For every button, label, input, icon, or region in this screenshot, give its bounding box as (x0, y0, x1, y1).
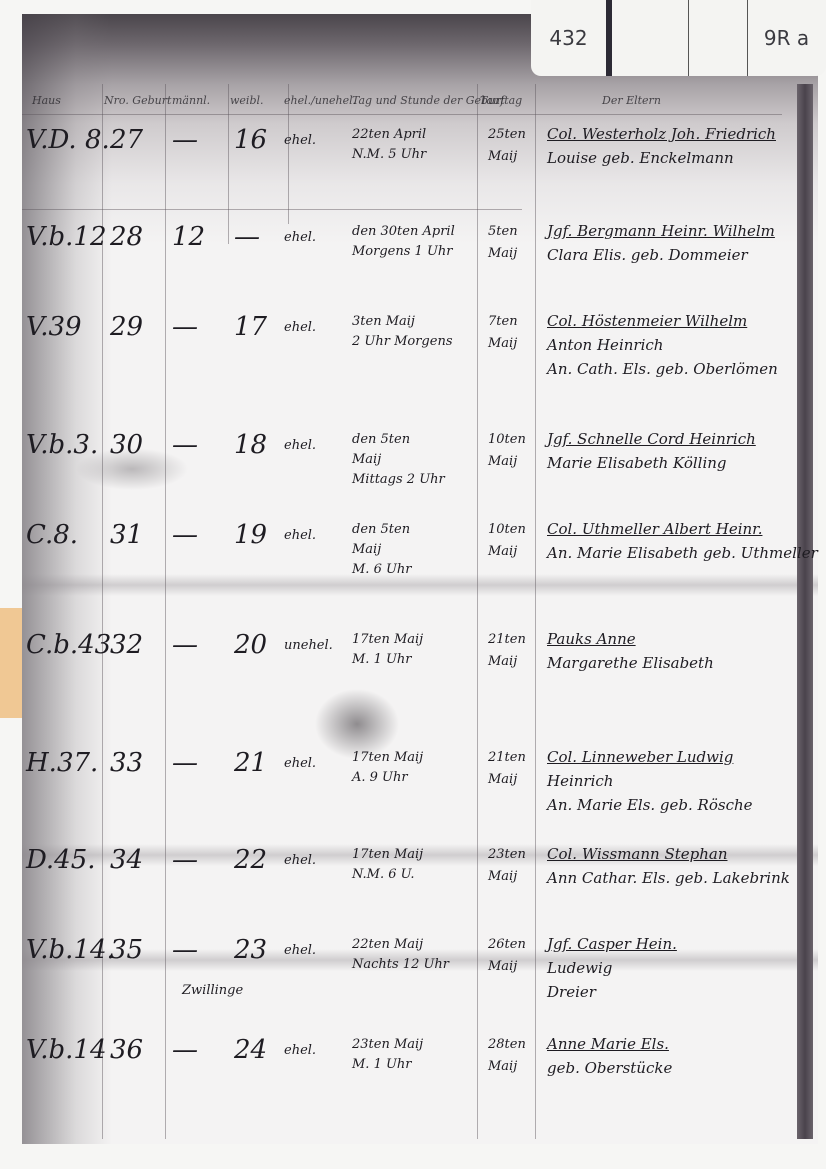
birth-date-time: den 5ten (352, 522, 410, 537)
birth-date-time: M. 1 Uhr (352, 652, 412, 667)
entry-number: 35 (110, 935, 143, 965)
parent-name: geb. Oberstücke (547, 1059, 672, 1077)
male-count: — (172, 430, 198, 460)
house-number: V.D. 8. (26, 125, 110, 155)
male-count: — (172, 125, 198, 155)
female-count: 18 (234, 430, 267, 460)
birth-date-time: N.M. 5 Uhr (352, 147, 426, 162)
house-number: V.39 (26, 312, 82, 342)
birth-date-time: Maij (352, 452, 381, 467)
baptism-date: 21ten (488, 632, 526, 647)
baptism-date: Maij (488, 1059, 517, 1074)
female-count: 16 (234, 125, 267, 155)
col-header-female: weibl. (230, 94, 264, 107)
parent-name: Pauks Anne (547, 630, 636, 648)
birth-date-time: 22ten April (352, 127, 426, 142)
entry-number: 33 (110, 748, 143, 778)
parent-name: Heinrich (547, 772, 613, 790)
baptism-date: 21ten (488, 750, 526, 765)
col-header-legitimacy: ehel./unehel. (284, 94, 356, 107)
parent-name: Col. Wissmann Stephan (547, 845, 728, 863)
house-number: H.37. (26, 748, 98, 778)
female-count: 17 (234, 312, 267, 342)
col-header-house: Haus (32, 94, 61, 107)
parent-name: Col. Linneweber Ludwig (547, 748, 733, 766)
baptism-date: 10ten (488, 522, 526, 537)
parent-name: Ann Cathar. Els. geb. Lakebrink (547, 869, 790, 887)
legitimacy: ehel. (284, 943, 316, 958)
male-count: — (172, 845, 198, 875)
birth-date-time: 17ten Maij (352, 632, 423, 647)
male-count: — (172, 748, 198, 778)
male-count: 12 (172, 222, 205, 252)
parent-name: An. Marie Elisabeth geb. Uthmeller (547, 544, 818, 562)
male-count: — (172, 520, 198, 550)
col-header-parents: Der Eltern (602, 94, 661, 107)
col-header-baptism: Tauftag (480, 94, 522, 107)
archive-label-tab: 432 9R a (531, 0, 826, 76)
legitimacy: ehel. (284, 438, 316, 453)
baptism-date: 10ten (488, 432, 526, 447)
label-cell-code: 9R a (748, 0, 825, 76)
parent-name: Ludewig (547, 959, 612, 977)
baptism-date: Maij (488, 149, 517, 164)
parent-name: Margarethe Elisabeth (547, 654, 714, 672)
baptism-date: Maij (488, 544, 517, 559)
legitimacy: ehel. (284, 320, 316, 335)
birth-date-time: 23ten Maij (352, 1037, 423, 1052)
legitimacy: ehel. (284, 133, 316, 148)
baptism-date: 28ten (488, 1037, 526, 1052)
label-cell-blank (689, 0, 747, 76)
male-count: — (172, 1035, 198, 1065)
house-number: C.8. (26, 520, 78, 550)
parent-name: Anton Heinrich (547, 336, 663, 354)
birth-date-time: den 30ten April (352, 224, 455, 239)
birth-date-time: A. 9 Uhr (352, 770, 408, 785)
birth-date-time: M. 6 Uhr (352, 562, 412, 577)
parent-name: Anne Marie Els. (547, 1035, 669, 1053)
legitimacy: ehel. (284, 528, 316, 543)
female-count: 21 (234, 748, 267, 778)
row-rule (22, 209, 522, 210)
birth-date-time: den 5ten (352, 432, 410, 447)
baptism-date: Maij (488, 454, 517, 469)
baptism-date: Maij (488, 772, 517, 787)
scanned-register-page: Haus Nro. Geburt männl. weibl. ehel./une… (22, 14, 818, 1144)
baptism-date: Maij (488, 246, 517, 261)
entry-number: 27 (110, 125, 143, 155)
entry-number: 36 (110, 1035, 143, 1065)
column-rule (228, 84, 229, 244)
entry-number: 29 (110, 312, 143, 342)
house-number: V.b.14. (26, 935, 115, 965)
parent-name: Jgf. Schnelle Cord Heinrich (547, 430, 756, 448)
parent-name: Col. Uthmeller Albert Heinr. (547, 520, 762, 538)
legitimacy: ehel. (284, 853, 316, 868)
birth-date-time: 3ten Maij (352, 314, 415, 329)
parent-name: Marie Elisabeth Kölling (547, 454, 727, 472)
parent-name: Col. Höstenmeier Wilhelm (547, 312, 747, 330)
twins-note: Zwillinge (182, 983, 243, 998)
legitimacy: unehel. (284, 638, 333, 653)
label-cell-blank (612, 0, 688, 76)
baptism-date: Maij (488, 869, 517, 884)
fold-band (22, 574, 818, 596)
male-count: — (172, 630, 198, 660)
female-count: 19 (234, 520, 267, 550)
parent-name: Jgf. Casper Hein. (547, 935, 677, 953)
baptism-date: Maij (488, 336, 517, 351)
birth-date-time: M. 1 Uhr (352, 1057, 412, 1072)
parent-name: An. Cath. Els. geb. Oberlömen (547, 360, 778, 378)
baptism-date: 7ten (488, 314, 518, 329)
entry-number: 34 (110, 845, 143, 875)
parent-name: Clara Elis. geb. Dommeier (547, 246, 748, 264)
parent-name: Louise geb. Enckelmann (547, 149, 734, 167)
header-rule (22, 114, 782, 115)
male-count: — (172, 312, 198, 342)
birth-date-time: 22ten Maij (352, 937, 423, 952)
column-rule (477, 84, 478, 1139)
female-count: 24 (234, 1035, 267, 1065)
baptism-date: Maij (488, 959, 517, 974)
baptism-date: 5ten (488, 224, 518, 239)
label-cell-number: 432 (531, 0, 606, 76)
baptism-date: 25ten (488, 127, 526, 142)
legitimacy: ehel. (284, 756, 316, 771)
sticky-note-edge (0, 608, 22, 718)
birth-date-time: Nachts 12 Uhr (352, 957, 449, 972)
birth-date-time: Mittags 2 Uhr (352, 472, 445, 487)
legitimacy: ehel. (284, 1043, 316, 1058)
birth-date-time: Morgens 1 Uhr (352, 244, 453, 259)
parent-name: An. Marie Els. geb. Rösche (547, 796, 753, 814)
entry-number: 31 (110, 520, 143, 550)
parent-name: Jgf. Bergmann Heinr. Wilhelm (547, 222, 775, 240)
baptism-date: Maij (488, 654, 517, 669)
birth-date-time: 17ten Maij (352, 750, 423, 765)
male-count: — (172, 935, 198, 965)
birth-date-time: N.M. 6 U. (352, 867, 415, 882)
baptism-date: 26ten (488, 937, 526, 952)
female-count: 20 (234, 630, 267, 660)
col-header-male: männl. (172, 94, 210, 107)
house-number: C.b.43 (26, 630, 111, 660)
birth-date-time: Maij (352, 542, 381, 557)
house-number: D.45. (26, 845, 96, 875)
entry-number: 32 (110, 630, 143, 660)
binding-edge (797, 84, 813, 1139)
birth-date-time: 17ten Maij (352, 847, 423, 862)
col-header-number: Nro. Geburt (104, 94, 171, 107)
baptism-date: 23ten (488, 847, 526, 862)
female-count: — (234, 222, 260, 252)
birth-date-time: 2 Uhr Morgens (352, 334, 453, 349)
house-number: V.b.14 (26, 1035, 107, 1065)
entry-number: 28 (110, 222, 143, 252)
column-rule (535, 84, 536, 1139)
house-number: V.b.3. (26, 430, 98, 460)
female-count: 22 (234, 845, 267, 875)
parent-name: Col. Westerholz Joh. Friedrich (547, 125, 776, 143)
column-rule (165, 84, 166, 1139)
female-count: 23 (234, 935, 267, 965)
parent-name: Dreier (547, 983, 596, 1001)
entry-number: 30 (110, 430, 143, 460)
house-number: V.b.12 (26, 222, 107, 252)
legitimacy: ehel. (284, 230, 316, 245)
